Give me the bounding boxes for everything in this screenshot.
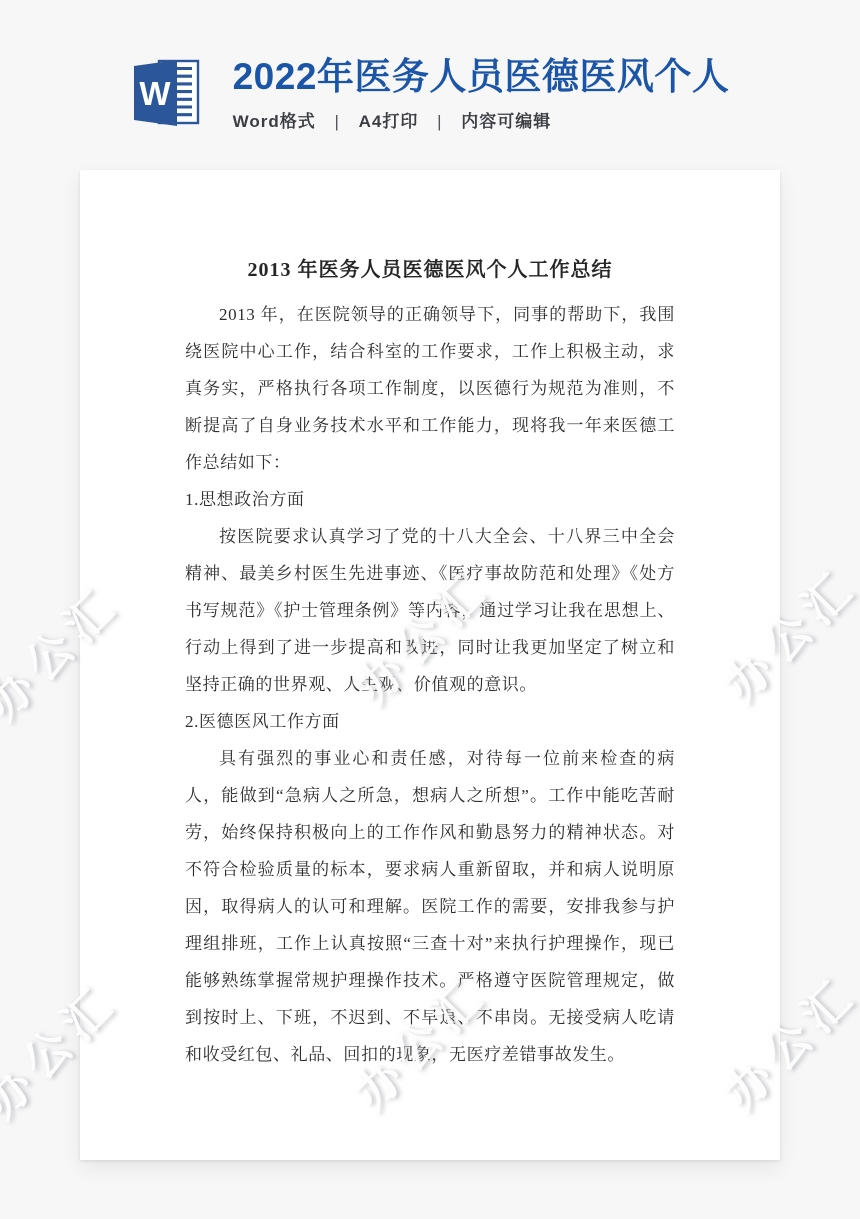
page-title: 2022年医务人员医德医风个人 [233, 56, 730, 98]
document-page: 2013 年医务人员医德医风个人工作总结 2013 年，在医院领导的正确领导下，… [80, 170, 780, 1160]
doc-meta: Word格式 | A4打印 | 内容可编辑 [233, 107, 730, 132]
header: W 2022年医务人员医德医风个人 Word格式 | A4打印 | 内容可编辑 [0, 0, 860, 132]
meta-editable-label: 内容可编辑 [461, 112, 551, 131]
doc-paragraph: 具有强烈的事业心和责任感，对待每一位前来检查的病人，能做到“急病人之所急，想病人… [185, 740, 675, 1073]
word-icon: W [131, 56, 201, 130]
meta-separator: | [334, 112, 339, 131]
doc-paragraph: 2013 年，在医院领导的正确领导下，同事的帮助下，我围绕医院中心工作，结合科室… [185, 296, 675, 481]
section-heading: 1.思想政治方面 [185, 481, 675, 518]
document-body: 2013 年，在医院领导的正确领导下，同事的帮助下，我围绕医院中心工作，结合科室… [185, 296, 675, 1073]
document-title: 2013 年医务人员医德医风个人工作总结 [185, 256, 675, 284]
header-text: 2022年医务人员医德医风个人 Word格式 | A4打印 | 内容可编辑 [233, 56, 730, 132]
doc-paragraph: 按医院要求认真学习了党的十八大全会、十八界三中全会精神、最美乡村医生先进事迹、《… [185, 518, 675, 703]
meta-separator: | [437, 112, 442, 131]
svg-text:W: W [139, 75, 171, 112]
meta-print-label: A4打印 [359, 112, 419, 131]
meta-format-label: Word格式 [233, 112, 316, 131]
section-heading: 2.医德医风工作方面 [185, 703, 675, 740]
